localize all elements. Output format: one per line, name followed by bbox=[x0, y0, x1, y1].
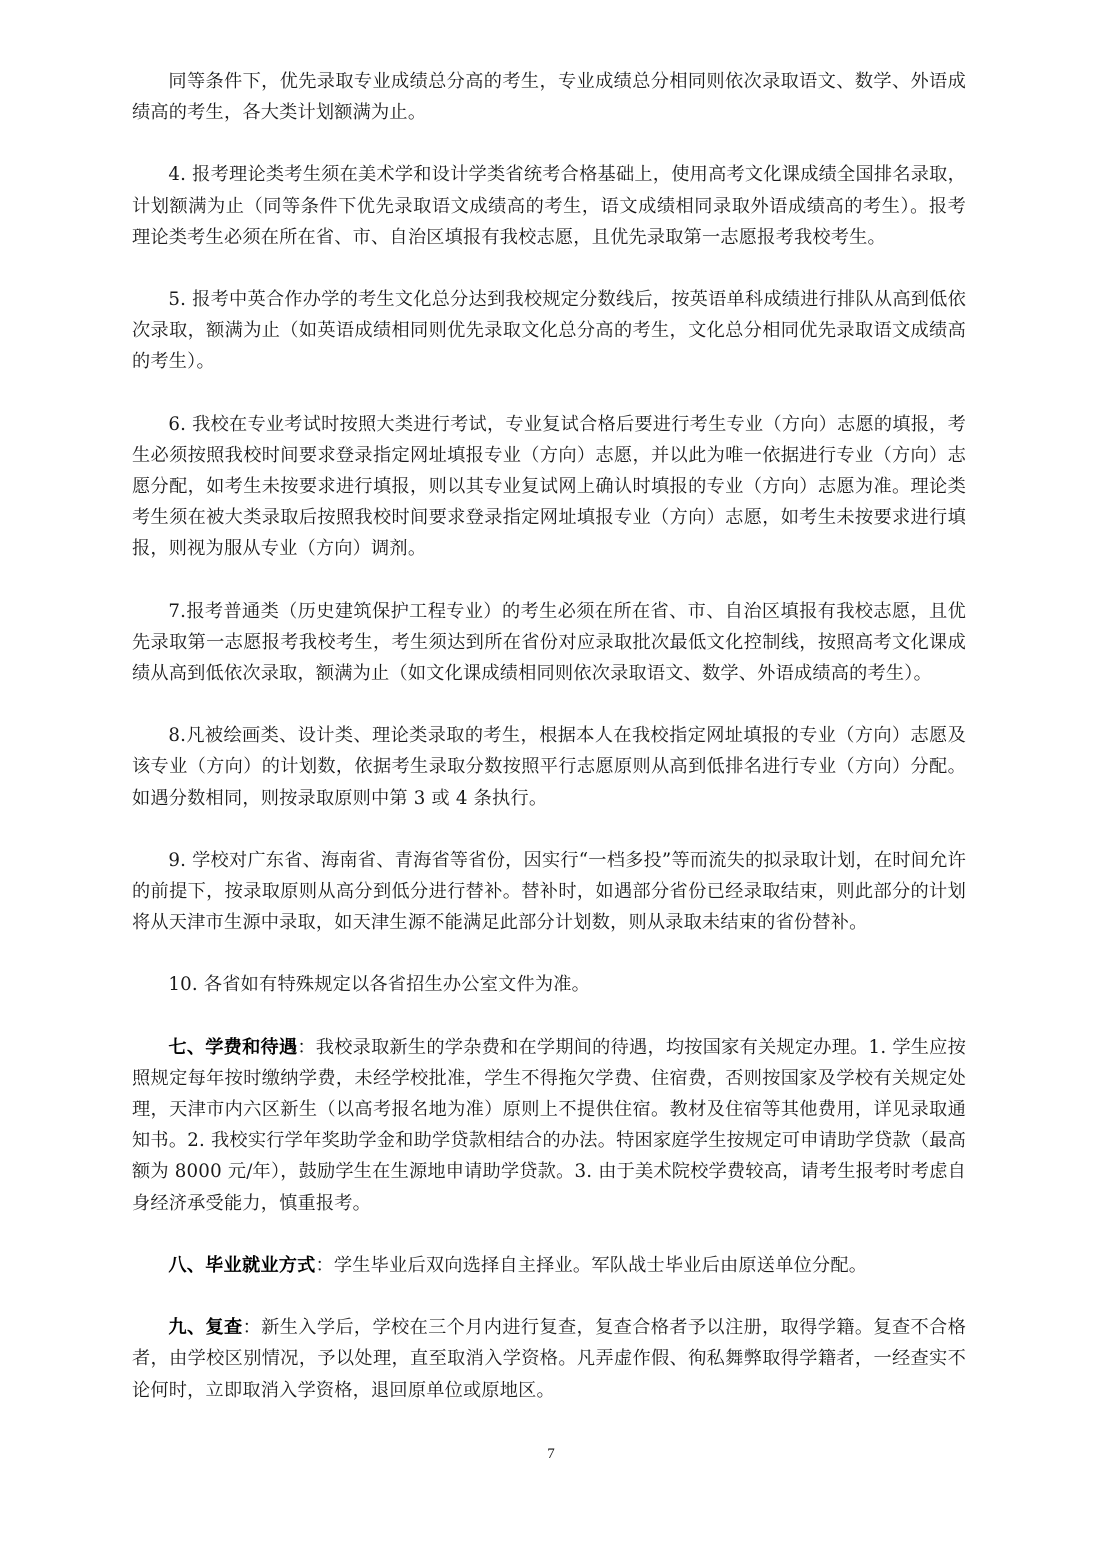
paragraph-text: 4. 报考理论类考生须在美术学和设计学类省统考合格基础上，使用高考文化课成绩全国… bbox=[132, 164, 966, 247]
paragraph-rule-3-continuation: 同等条件下，优先录取专业成绩总分高的考生，专业成绩总分相同则依次录取语文、数学、… bbox=[132, 66, 966, 128]
paragraph-rule-10: 10. 各省如有特殊规定以各省招生办公室文件为准。 bbox=[132, 969, 966, 1000]
section-tuition-and-benefits: 七、学费和待遇：我校录取新生的学杂费和在学期间的待遇，均按国家有关规定办理。1.… bbox=[132, 1032, 966, 1219]
paragraph-rule-8: 8.凡被绘画类、设计类、理论类录取的考生，根据本人在我校指定网址填报的专业（方向… bbox=[132, 720, 966, 814]
paragraph-text: 9. 学校对广东省、海南省、青海省等省份，因实行“一档多投”等而流失的拟录取计划… bbox=[132, 850, 966, 933]
paragraph-rule-4: 4. 报考理论类考生须在美术学和设计学类省统考合格基础上，使用高考文化课成绩全国… bbox=[132, 159, 966, 253]
paragraph-text: ：我校录取新生的学杂费和在学期间的待遇，均按国家有关规定办理。1. 学生应按照规… bbox=[132, 1037, 966, 1214]
paragraph-rule-5: 5. 报考中英合作办学的考生文化总分达到我校规定分数线后，按英语单科成绩进行排队… bbox=[132, 284, 966, 378]
document-page: 同等条件下，优先录取专业成绩总分高的考生，专业成绩总分相同则依次录取语文、数学、… bbox=[132, 66, 966, 1437]
section-graduation-employment: 八、毕业就业方式：学生毕业后双向选择自主择业。军队战士毕业后由原送单位分配。 bbox=[132, 1250, 966, 1281]
paragraph-text: 8.凡被绘画类、设计类、理论类录取的考生，根据本人在我校指定网址填报的专业（方向… bbox=[132, 725, 966, 808]
paragraph-rule-7: 7.报考普通类（历史建筑保护工程专业）的考生必须在所在省、市、自治区填报有我校志… bbox=[132, 596, 966, 690]
section-reexamination: 九、复查：新生入学后，学校在三个月内进行复查，复查合格者予以注册，取得学籍。复查… bbox=[132, 1312, 966, 1406]
section-heading: 八、毕业就业方式 bbox=[168, 1255, 315, 1276]
paragraph-text: 5. 报考中英合作办学的考生文化总分达到我校规定分数线后，按英语单科成绩进行排队… bbox=[132, 289, 966, 372]
paragraph-text: 10. 各省如有特殊规定以各省招生办公室文件为准。 bbox=[168, 974, 590, 995]
paragraph-rule-6: 6. 我校在专业考试时按照大类进行考试，专业复试合格后要进行考生专业（方向）志愿… bbox=[132, 409, 966, 565]
paragraph-text: ：学生毕业后双向选择自主择业。军队战士毕业后由原送单位分配。 bbox=[316, 1255, 868, 1276]
paragraph-text: 7.报考普通类（历史建筑保护工程专业）的考生必须在所在省、市、自治区填报有我校志… bbox=[132, 601, 966, 684]
paragraph-text: 同等条件下，优先录取专业成绩总分高的考生，专业成绩总分相同则依次录取语文、数学、… bbox=[132, 71, 966, 123]
paragraph-text: 6. 我校在专业考试时按照大类进行考试，专业复试合格后要进行考生专业（方向）志愿… bbox=[132, 414, 966, 560]
section-heading: 七、学费和待遇 bbox=[168, 1037, 297, 1058]
paragraph-text: ：新生入学后，学校在三个月内进行复查，复查合格者予以注册，取得学籍。复查不合格者… bbox=[132, 1317, 966, 1400]
paragraph-rule-9: 9. 学校对广东省、海南省、青海省等省份，因实行“一档多投”等而流失的拟录取计划… bbox=[132, 845, 966, 939]
page-number: 7 bbox=[0, 1446, 1102, 1463]
section-heading: 九、复查 bbox=[168, 1317, 242, 1338]
